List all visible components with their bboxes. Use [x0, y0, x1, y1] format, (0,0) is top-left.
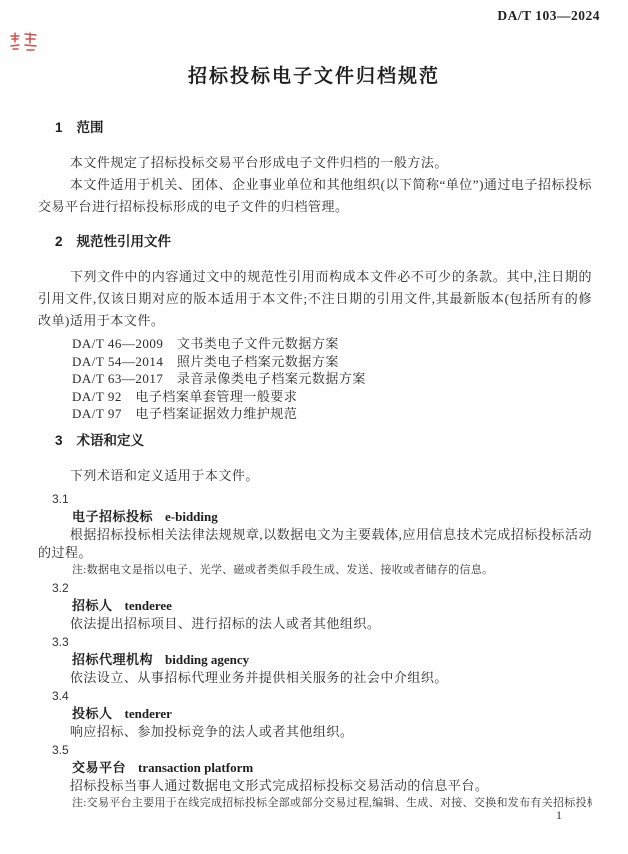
red-stamp-mark: [8, 30, 40, 54]
reference-item: DA/T 92 电子档案单套管理一般要求: [72, 388, 592, 406]
document-page: DA/T 103—2024 招标投标电子文件归档规范 1范围 本文件规定了招标投…: [0, 0, 628, 854]
reference-item: DA/T 54—2014 照片类电子档案元数据方案: [72, 353, 592, 371]
term-number: 3.1: [52, 490, 592, 508]
term-chinese: 招标人: [72, 598, 113, 613]
term-title: 投标人tenderer: [72, 705, 592, 723]
term-chinese: 招标代理机构: [72, 652, 153, 667]
section-3-heading: 3术语和定义: [55, 431, 592, 451]
term-english: bidding agency: [165, 652, 249, 667]
term-note: 注:交易平台主要用于在线完成招标投标全部或部分交易过程,编辑、生成、对接、交换和…: [72, 795, 592, 812]
term-title: 交易平台transaction platform: [72, 759, 592, 777]
term-title: 电子招标投标e-bidding: [72, 508, 592, 526]
term-english: transaction platform: [138, 760, 253, 775]
term-english: e-bidding: [165, 509, 218, 524]
section-2-heading: 2规范性引用文件: [55, 232, 592, 252]
section-3-title: 术语和定义: [77, 433, 145, 448]
term-chinese: 电子招标投标: [72, 509, 153, 524]
section-1-paragraph: 本文件适用于机关、团体、企业事业单位和其他组织(以下简称“单位”)通过电子招标投…: [38, 174, 592, 218]
term-title: 招标人tenderee: [72, 597, 592, 615]
reference-item: DA/T 46—2009 文书类电子文件元数据方案: [72, 335, 592, 353]
term-note: 注:数据电文是指以电子、光学、磁或者类似手段生成、发送、接收或者储存的信息。: [72, 562, 592, 579]
reference-item: DA/T 63—2017 录音录像类电子档案元数据方案: [72, 370, 592, 388]
term-chinese: 交易平台: [72, 760, 126, 775]
page-number: 1: [556, 808, 562, 823]
section-2-intro: 下列文件中的内容通过文中的规范性引用而构成本文件必不可少的条款。其中,注日期的引…: [38, 266, 592, 332]
reference-item: DA/T 97 电子档案证据效力维护规范: [72, 405, 592, 423]
term-title: 招标代理机构bidding agency: [72, 651, 592, 669]
term-definition: 招标投标当事人通过数据电文形式完成招标投标交易活动的信息平台。: [38, 777, 592, 795]
section-3-number: 3: [55, 433, 63, 448]
section-1-number: 1: [55, 120, 63, 135]
term-english: tenderee: [125, 598, 172, 613]
document-content: 1范围 本文件规定了招标投标交易平台形成电子文件归档的一般方法。 本文件适用于机…: [0, 118, 628, 812]
term-number: 3.5: [52, 741, 592, 759]
doc-code: DA/T 103—2024: [497, 8, 600, 24]
section-1-paragraph: 本文件规定了招标投标交易平台形成电子文件归档的一般方法。: [38, 152, 592, 174]
term-english: tenderer: [125, 706, 172, 721]
normative-references-list: DA/T 46—2009 文书类电子文件元数据方案 DA/T 54—2014 照…: [72, 335, 592, 423]
section-2-number: 2: [55, 234, 63, 249]
term-definition: 响应招标、参加投标竞争的法人或者其他组织。: [38, 723, 592, 741]
term-definition: 依法设立、从事招标代理业务并提供相关服务的社会中介组织。: [38, 669, 592, 687]
term-chinese: 投标人: [72, 706, 113, 721]
term-number: 3.2: [52, 579, 592, 597]
section-1-heading: 1范围: [55, 118, 592, 138]
page-title: 招标投标电子文件归档规范: [0, 64, 628, 90]
term-number: 3.3: [52, 633, 592, 651]
terms-and-definitions: 3.1 电子招标投标e-bidding 根据招标投标相关法律法规规章,以数据电文…: [38, 490, 592, 812]
section-1-title: 范围: [77, 120, 104, 135]
term-number: 3.4: [52, 687, 592, 705]
section-3-intro: 下列术语和定义适用于本文件。: [38, 465, 592, 487]
term-definition: 依法提出招标项目、进行招标的法人或者其他组织。: [38, 615, 592, 633]
section-2-title: 规范性引用文件: [77, 234, 172, 249]
term-definition: 根据招标投标相关法律法规规章,以数据电文为主要载体,应用信息技术完成招标投标活动…: [38, 526, 592, 562]
